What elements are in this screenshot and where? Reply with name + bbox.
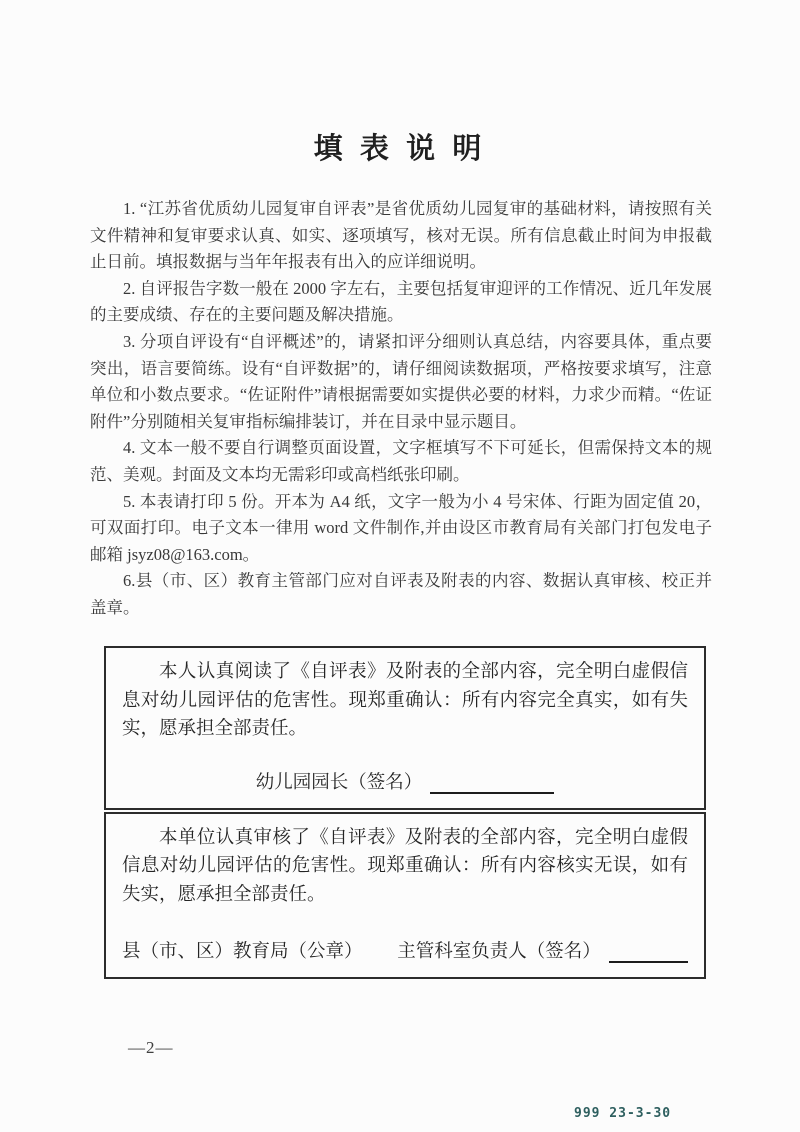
bureau-declaration-text: 本单位认真审核了《自评表》及附表的全部内容，完全明白虚假信息对幼儿园评估的危害性… [122, 824, 688, 910]
page-number: —2— [128, 1038, 174, 1058]
instruction-paragraph-6: 6.县（市、区）教育主管部门应对自评表及附表的内容、数据认真审核、校正并盖章。 [90, 568, 712, 621]
bureau-signature-line [609, 943, 688, 964]
principal-signature-line [430, 773, 554, 794]
page-title: 填 表 说 明 [0, 126, 800, 167]
instruction-paragraph-2: 2. 自评报告字数一般在 2000 字左右，主要包括复审迎评的工作情况、近几年发… [90, 276, 712, 329]
instruction-paragraph-1: 1. “江苏省优质幼儿园复审自评表”是省优质幼儿园复审的基础材料，请按照有关文件… [90, 196, 712, 276]
instruction-paragraph-5: 5. 本表请打印 5 份。开本为 A4 纸，文字一般为小 4 号宋体、行距为固定… [90, 489, 712, 569]
scanned-document-page: 填 表 说 明 1. “江苏省优质幼儿园复审自评表”是省优质幼儿园复审的基础材料… [0, 0, 800, 1132]
bureau-signature-label: 主管科室负责人（签名） [397, 937, 601, 963]
bureau-seal-label: 县（市、区）教育局（公章） [122, 937, 363, 963]
principal-declaration-text: 本人认真阅读了《自评表》及附表的全部内容，完全明白虚假信息对幼儿园评估的危害性。… [122, 658, 688, 744]
bureau-signature-row: 县（市、区）教育局（公章） 主管科室负责人（签名） [122, 937, 688, 963]
instruction-paragraph-3: 3. 分项自评设有“自评概述”的，请紧扣评分细则认真总结，内容要具体，重点要突出… [90, 329, 712, 435]
principal-signature-label: 幼儿园园长（签名） [256, 768, 423, 794]
instructions-section: 1. “江苏省优质幼儿园复审自评表”是省优质幼儿园复审的基础材料，请按照有关文件… [90, 196, 712, 622]
instruction-paragraph-4: 4. 文本一般不要自行调整页面设置，文字框填写不下可延长，但需保持文本的规范、美… [90, 435, 712, 488]
scan-date-stamp: 999 23-3-30 [574, 1106, 671, 1121]
declaration-boxes: 本人认真阅读了《自评表》及附表的全部内容，完全明白虚假信息对幼儿园评估的危害性。… [104, 646, 706, 979]
principal-signature-row: 幼儿园园长（签名） [122, 768, 688, 794]
bureau-declaration-box: 本单位认真审核了《自评表》及附表的全部内容，完全明白虚假信息对幼儿园评估的危害性… [104, 812, 706, 980]
principal-declaration-box: 本人认真阅读了《自评表》及附表的全部内容，完全明白虚假信息对幼儿园评估的危害性。… [104, 646, 706, 810]
